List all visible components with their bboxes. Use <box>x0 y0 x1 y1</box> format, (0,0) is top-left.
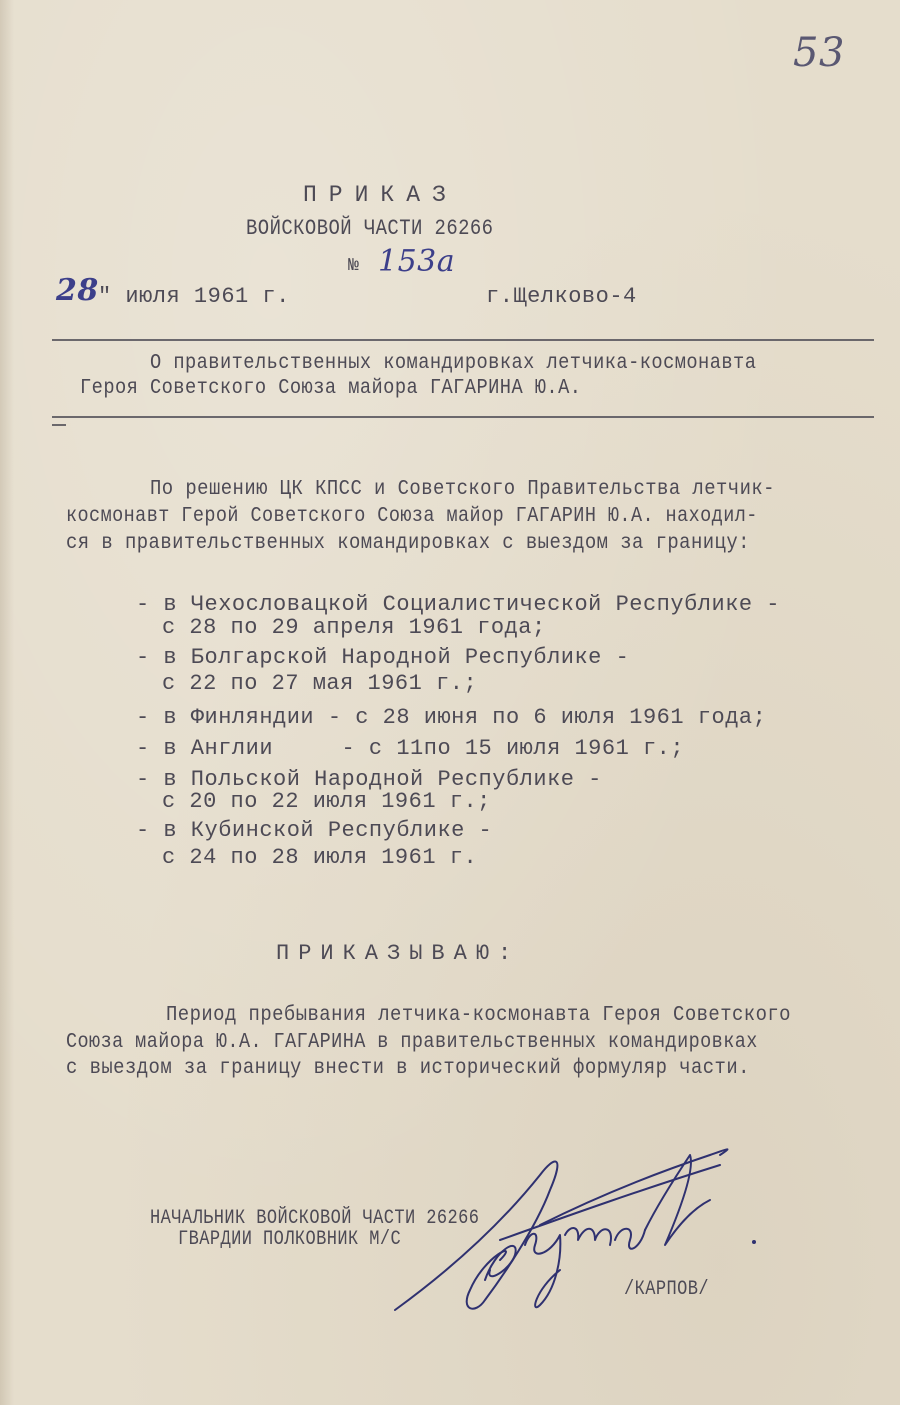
margin-dash <box>52 424 66 426</box>
subject-line-1: О правительственных командировках летчик… <box>150 352 756 375</box>
document-page: 53 ПРИКАЗ ВОЙСКОВОЙ ЧАСТИ 26266 № 153а 2… <box>0 0 900 1405</box>
trip-item-line: - в Финляндии - с 28 июня по 6 июля 1961… <box>136 705 766 730</box>
preamble-line-2: космонавт Герой Советского Союза майор Г… <box>66 505 758 528</box>
date-day: 28 <box>56 273 99 308</box>
trip-item-line: с 28 по 29 апреля 1961 года; <box>162 615 546 640</box>
order-line-3: с выездом за границу внести в историческ… <box>66 1057 750 1080</box>
preamble-line-3: ся в правительственных командировках с в… <box>66 532 750 555</box>
order-line-2: Союза майора Ю.А. ГАГАРИНА в правительст… <box>66 1031 758 1054</box>
trip-item-line: - в Кубинской Республике - <box>136 818 492 843</box>
page-number: 53 <box>793 30 845 76</box>
subject-line-2: Героя Советского Союза майора ГАГАРИНА Ю… <box>80 377 581 400</box>
order-heading: ПРИКАЗЫВАЮ: <box>276 941 520 966</box>
trip-item-line: - в Болгарской Народной Республике - <box>136 645 629 670</box>
document-subtitle: ВОЙСКОВОЙ ЧАСТИ 26266 <box>246 216 493 241</box>
subject-top-rule <box>52 339 874 341</box>
order-number-prefix: № <box>348 256 359 276</box>
trip-item-line: с 24 по 28 июля 1961 г. <box>162 845 477 870</box>
signatory-title-line-2: ГВАРДИИ ПОЛКОВНИК М/С <box>178 1228 401 1251</box>
subject-bottom-rule <box>52 416 874 418</box>
date-month-year: " июля 1961 г. <box>98 284 290 309</box>
location: г.Щелково-4 <box>486 284 637 309</box>
trip-item-line: - в Чехословацкой Социалистической Респу… <box>136 592 780 617</box>
trip-item-line: с 20 по 22 июля 1961 г.; <box>162 789 491 814</box>
order-line-1: Период пребывания летчика-космонавта Гер… <box>166 1004 791 1027</box>
preamble-line-1: По решению ЦК КПСС и Советского Правител… <box>150 478 775 501</box>
order-number: 153а <box>378 244 455 279</box>
trip-item-line: с 22 по 27 мая 1961 г.; <box>162 671 477 696</box>
trip-item-line: - в Англии - с 11по 15 июля 1961 г.; <box>136 736 684 761</box>
document-title: ПРИКАЗ <box>303 182 458 208</box>
handwritten-signature <box>390 1130 790 1330</box>
